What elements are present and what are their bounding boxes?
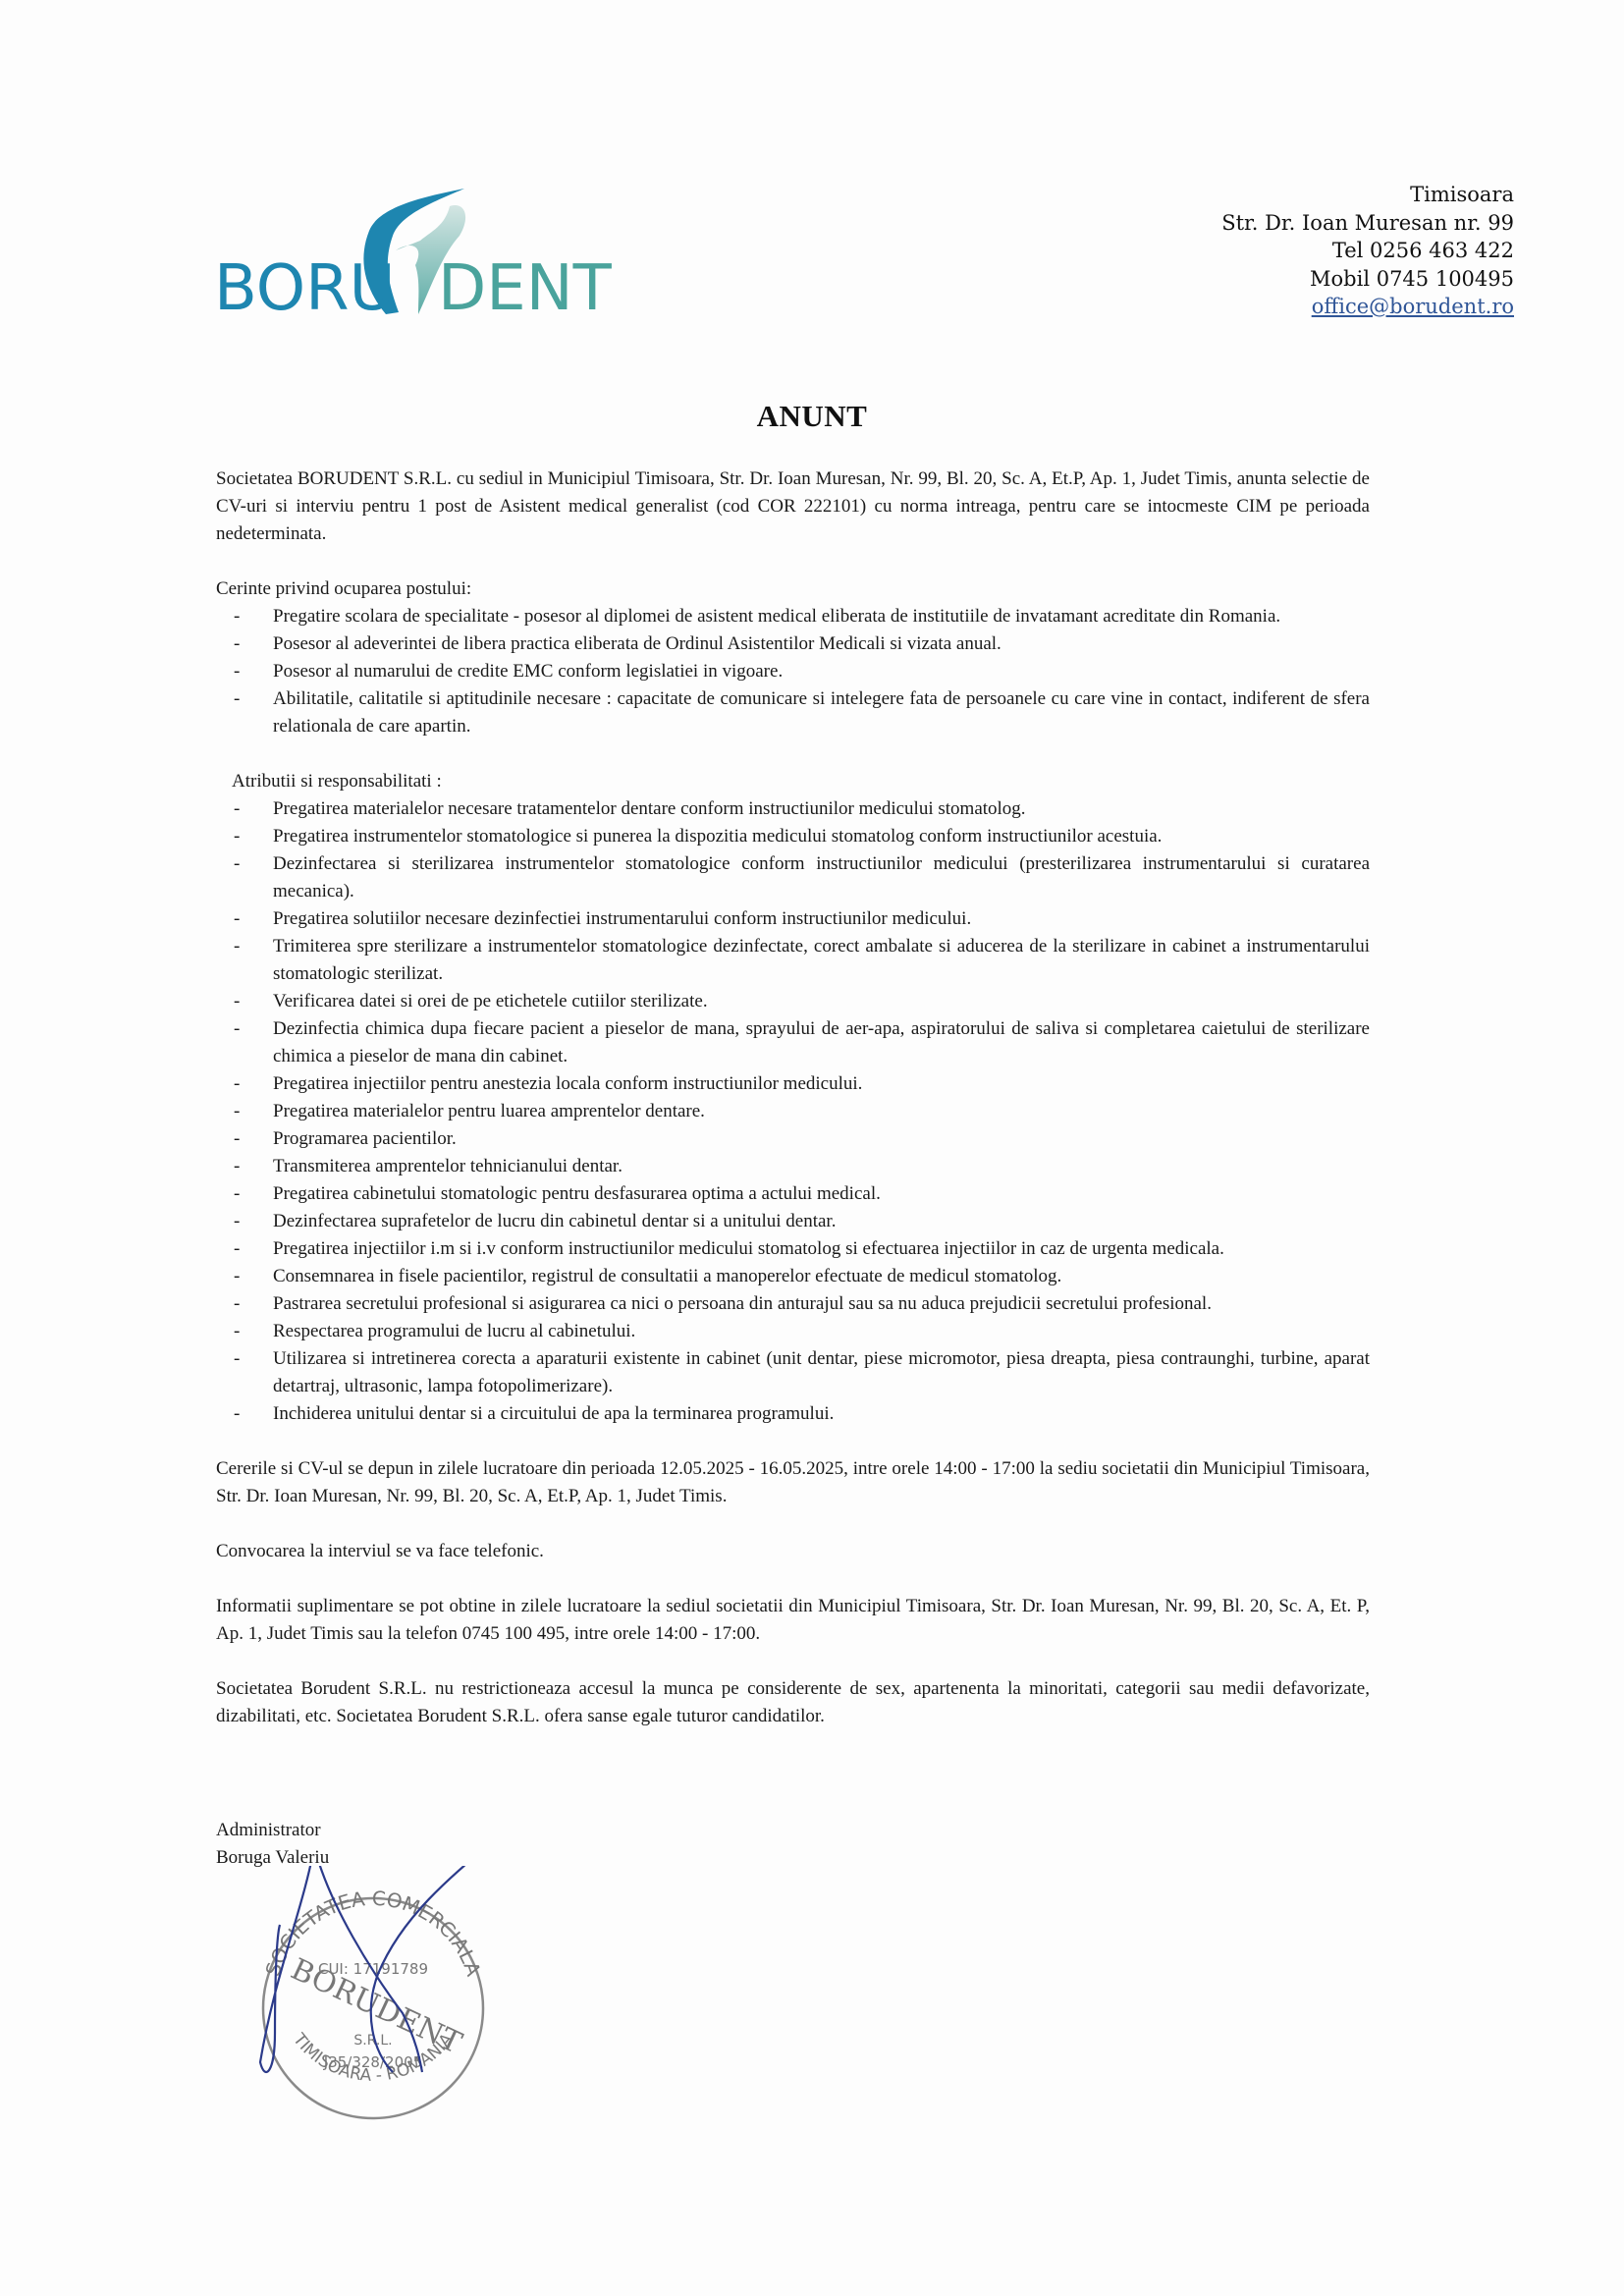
signature-role: Administrator bbox=[216, 1817, 329, 1844]
list-item: Abilitatile, calitatile si aptitudinile … bbox=[216, 685, 1370, 740]
signature-block: Administrator Boruga Valeriu bbox=[216, 1817, 329, 1872]
submission-paragraph: Cererile si CV-ul se depun in zilele luc… bbox=[216, 1455, 1370, 1510]
contact-city: Timisoara bbox=[1221, 181, 1514, 209]
list-item: Pregatirea injectiilor pentru anestezia … bbox=[216, 1070, 1370, 1098]
list-item: Consemnarea in fisele pacientilor, regis… bbox=[216, 1263, 1370, 1290]
contact-mobile: Mobil 0745 100495 bbox=[1221, 265, 1514, 294]
list-item: Trimiterea spre sterilizare a instrument… bbox=[216, 933, 1370, 988]
list-item: Pregatire scolara de specialitate - pose… bbox=[216, 603, 1370, 630]
responsibilities-heading: Atributii si responsabilitati : bbox=[216, 768, 1370, 795]
requirements-list: Pregatire scolara de specialitate - pose… bbox=[216, 603, 1370, 740]
list-item: Dezinfectia chimica dupa fiecare pacient… bbox=[216, 1015, 1370, 1070]
info-paragraph: Informatii suplimentare se pot obtine in… bbox=[216, 1593, 1370, 1648]
list-item: Posesor al numarului de credite EMC conf… bbox=[216, 658, 1370, 685]
svg-text:DENT: DENT bbox=[438, 252, 613, 324]
tooth-icon: BORU DENT bbox=[214, 187, 685, 324]
company-logo: BORU DENT bbox=[214, 187, 685, 324]
interview-paragraph: Convocarea la interviul se va face telef… bbox=[216, 1538, 1370, 1565]
list-item: Programarea pacientilor. bbox=[216, 1125, 1370, 1153]
contact-email-link[interactable]: office@borudent.ro bbox=[1221, 293, 1514, 321]
contact-block: Timisoara Str. Dr. Ioan Muresan nr. 99 T… bbox=[1221, 181, 1514, 321]
company-stamp: SOCIETATEA COMERCIALA TIMISOARA - ROMANI… bbox=[236, 1866, 520, 2121]
list-item: Dezinfectarea suprafetelor de lucru din … bbox=[216, 1208, 1370, 1235]
responsibilities-list: Pregatirea materialelor necesare tratame… bbox=[216, 795, 1370, 1428]
svg-text:BORU: BORU bbox=[214, 252, 395, 324]
list-item: Respectarea programului de lucru al cabi… bbox=[216, 1318, 1370, 1345]
list-item: Utilizarea si intretinerea corecta a apa… bbox=[216, 1345, 1370, 1400]
list-item: Inchiderea unitului dentar si a circuitu… bbox=[216, 1400, 1370, 1428]
list-item: Pregatirea materialelor pentru luarea am… bbox=[216, 1098, 1370, 1125]
list-item: Verificarea datei si orei de pe etichete… bbox=[216, 988, 1370, 1015]
equality-paragraph: Societatea Borudent S.R.L. nu restrictio… bbox=[216, 1675, 1370, 1730]
list-item: Transmiterea amprentelor tehnicianului d… bbox=[216, 1153, 1370, 1180]
list-item: Pregatirea materialelor necesare tratame… bbox=[216, 795, 1370, 823]
stamp-icon: SOCIETATEA COMERCIALA TIMISOARA - ROMANI… bbox=[236, 1866, 520, 2121]
list-item: Pregatirea cabinetului stomatologic pent… bbox=[216, 1180, 1370, 1208]
svg-text:J35/328/2005: J35/328/2005 bbox=[323, 2053, 422, 2071]
intro-paragraph: Societatea BORUDENT S.R.L. cu sediul in … bbox=[216, 465, 1370, 548]
requirements-heading: Cerinte privind ocuparea postului: bbox=[216, 575, 1370, 603]
list-item: Dezinfectarea si sterilizarea instrument… bbox=[216, 850, 1370, 905]
list-item: Posesor al adeverintei de libera practic… bbox=[216, 630, 1370, 658]
list-item: Pregatirea instrumentelor stomatologice … bbox=[216, 823, 1370, 850]
page-title: ANUNT bbox=[0, 399, 1624, 434]
contact-phone: Tel 0256 463 422 bbox=[1221, 237, 1514, 265]
list-item: Pregatirea solutiilor necesare dezinfect… bbox=[216, 905, 1370, 933]
document-body: Societatea BORUDENT S.R.L. cu sediul in … bbox=[216, 465, 1370, 1730]
contact-street: Str. Dr. Ioan Muresan nr. 99 bbox=[1221, 209, 1514, 238]
list-item: Pregatirea injectiilor i.m si i.v confor… bbox=[216, 1235, 1370, 1263]
list-item: Pastrarea secretului profesional si asig… bbox=[216, 1290, 1370, 1318]
